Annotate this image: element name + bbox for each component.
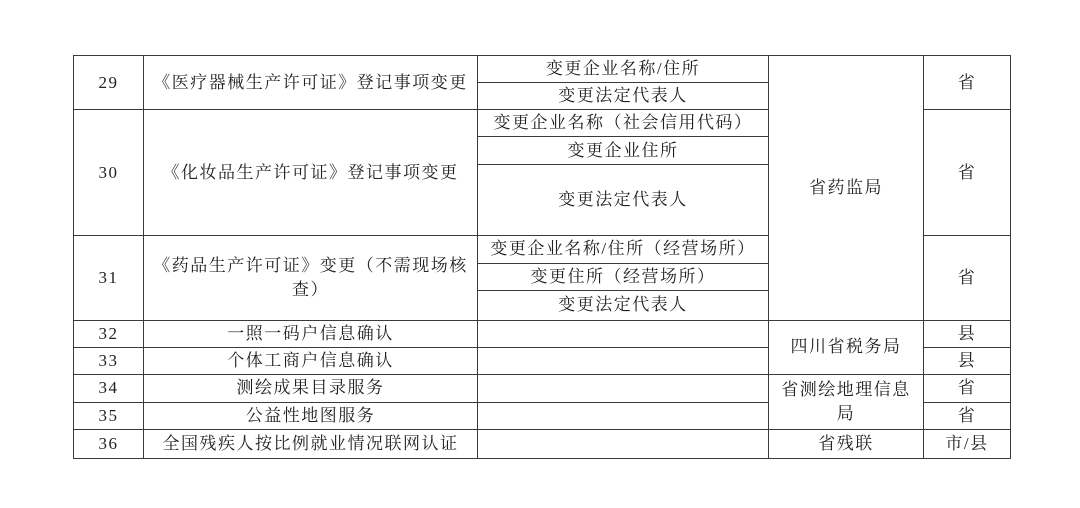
level: 县 (924, 347, 1011, 374)
level: 省 (924, 110, 1011, 236)
row-number: 33 (74, 347, 144, 374)
table-row: 34 测绘成果目录服务 省测绘地理信息局 省 (74, 374, 1011, 402)
service-name: 个体工商户信息确认 (144, 347, 478, 374)
subitem-empty (478, 374, 769, 402)
department: 四川省税务局 (769, 320, 924, 374)
department: 省药监局 (769, 56, 924, 321)
level: 县 (924, 320, 1011, 347)
table-row: 29 《医疗器械生产许可证》登记事项变更 变更企业名称/住所 省药监局 省 (74, 56, 1011, 83)
table-row: 36 全国残疾人按比例就业情况联网认证 省残联 市/县 (74, 430, 1011, 459)
row-number: 30 (74, 110, 144, 236)
level: 省 (924, 402, 1011, 429)
row-number: 36 (74, 430, 144, 459)
row-number: 29 (74, 56, 144, 110)
level: 省 (924, 374, 1011, 402)
row-number: 32 (74, 320, 144, 347)
subitem-empty (478, 402, 769, 429)
service-name: 《医疗器械生产许可证》登记事项变更 (144, 56, 478, 110)
level: 省 (924, 236, 1011, 320)
subitem-empty (478, 347, 769, 374)
subitem: 变更企业住所 (478, 137, 769, 165)
service-table: 29 《医疗器械生产许可证》登记事项变更 变更企业名称/住所 省药监局 省 变更… (73, 55, 1011, 459)
department: 省测绘地理信息局 (769, 374, 924, 429)
level: 市/县 (924, 430, 1011, 459)
subitem: 变更企业名称/住所 (478, 56, 769, 83)
service-name: 测绘成果目录服务 (144, 374, 478, 402)
department: 省残联 (769, 430, 924, 459)
service-name: 《化妆品生产许可证》登记事项变更 (144, 110, 478, 236)
row-number: 34 (74, 374, 144, 402)
subitem-empty (478, 430, 769, 459)
subitem: 变更法定代表人 (478, 165, 769, 236)
service-name: 一照一码户信息确认 (144, 320, 478, 347)
service-name: 《药品生产许可证》变更（不需现场核查） (144, 236, 478, 320)
subitem: 变更企业名称/住所（经营场所） (478, 236, 769, 263)
subitem: 变更法定代表人 (478, 290, 769, 320)
level: 省 (924, 56, 1011, 110)
subitem: 变更法定代表人 (478, 83, 769, 110)
subitem-empty (478, 320, 769, 347)
document-page: 29 《医疗器械生产许可证》登记事项变更 变更企业名称/住所 省药监局 省 变更… (0, 0, 1080, 508)
service-name: 全国残疾人按比例就业情况联网认证 (144, 430, 478, 459)
subitem: 变更企业名称（社会信用代码） (478, 110, 769, 137)
subitem: 变更住所（经营场所） (478, 263, 769, 290)
row-number: 35 (74, 402, 144, 429)
service-name: 公益性地图服务 (144, 402, 478, 429)
row-number: 31 (74, 236, 144, 320)
table-row: 32 一照一码户信息确认 四川省税务局 县 (74, 320, 1011, 347)
